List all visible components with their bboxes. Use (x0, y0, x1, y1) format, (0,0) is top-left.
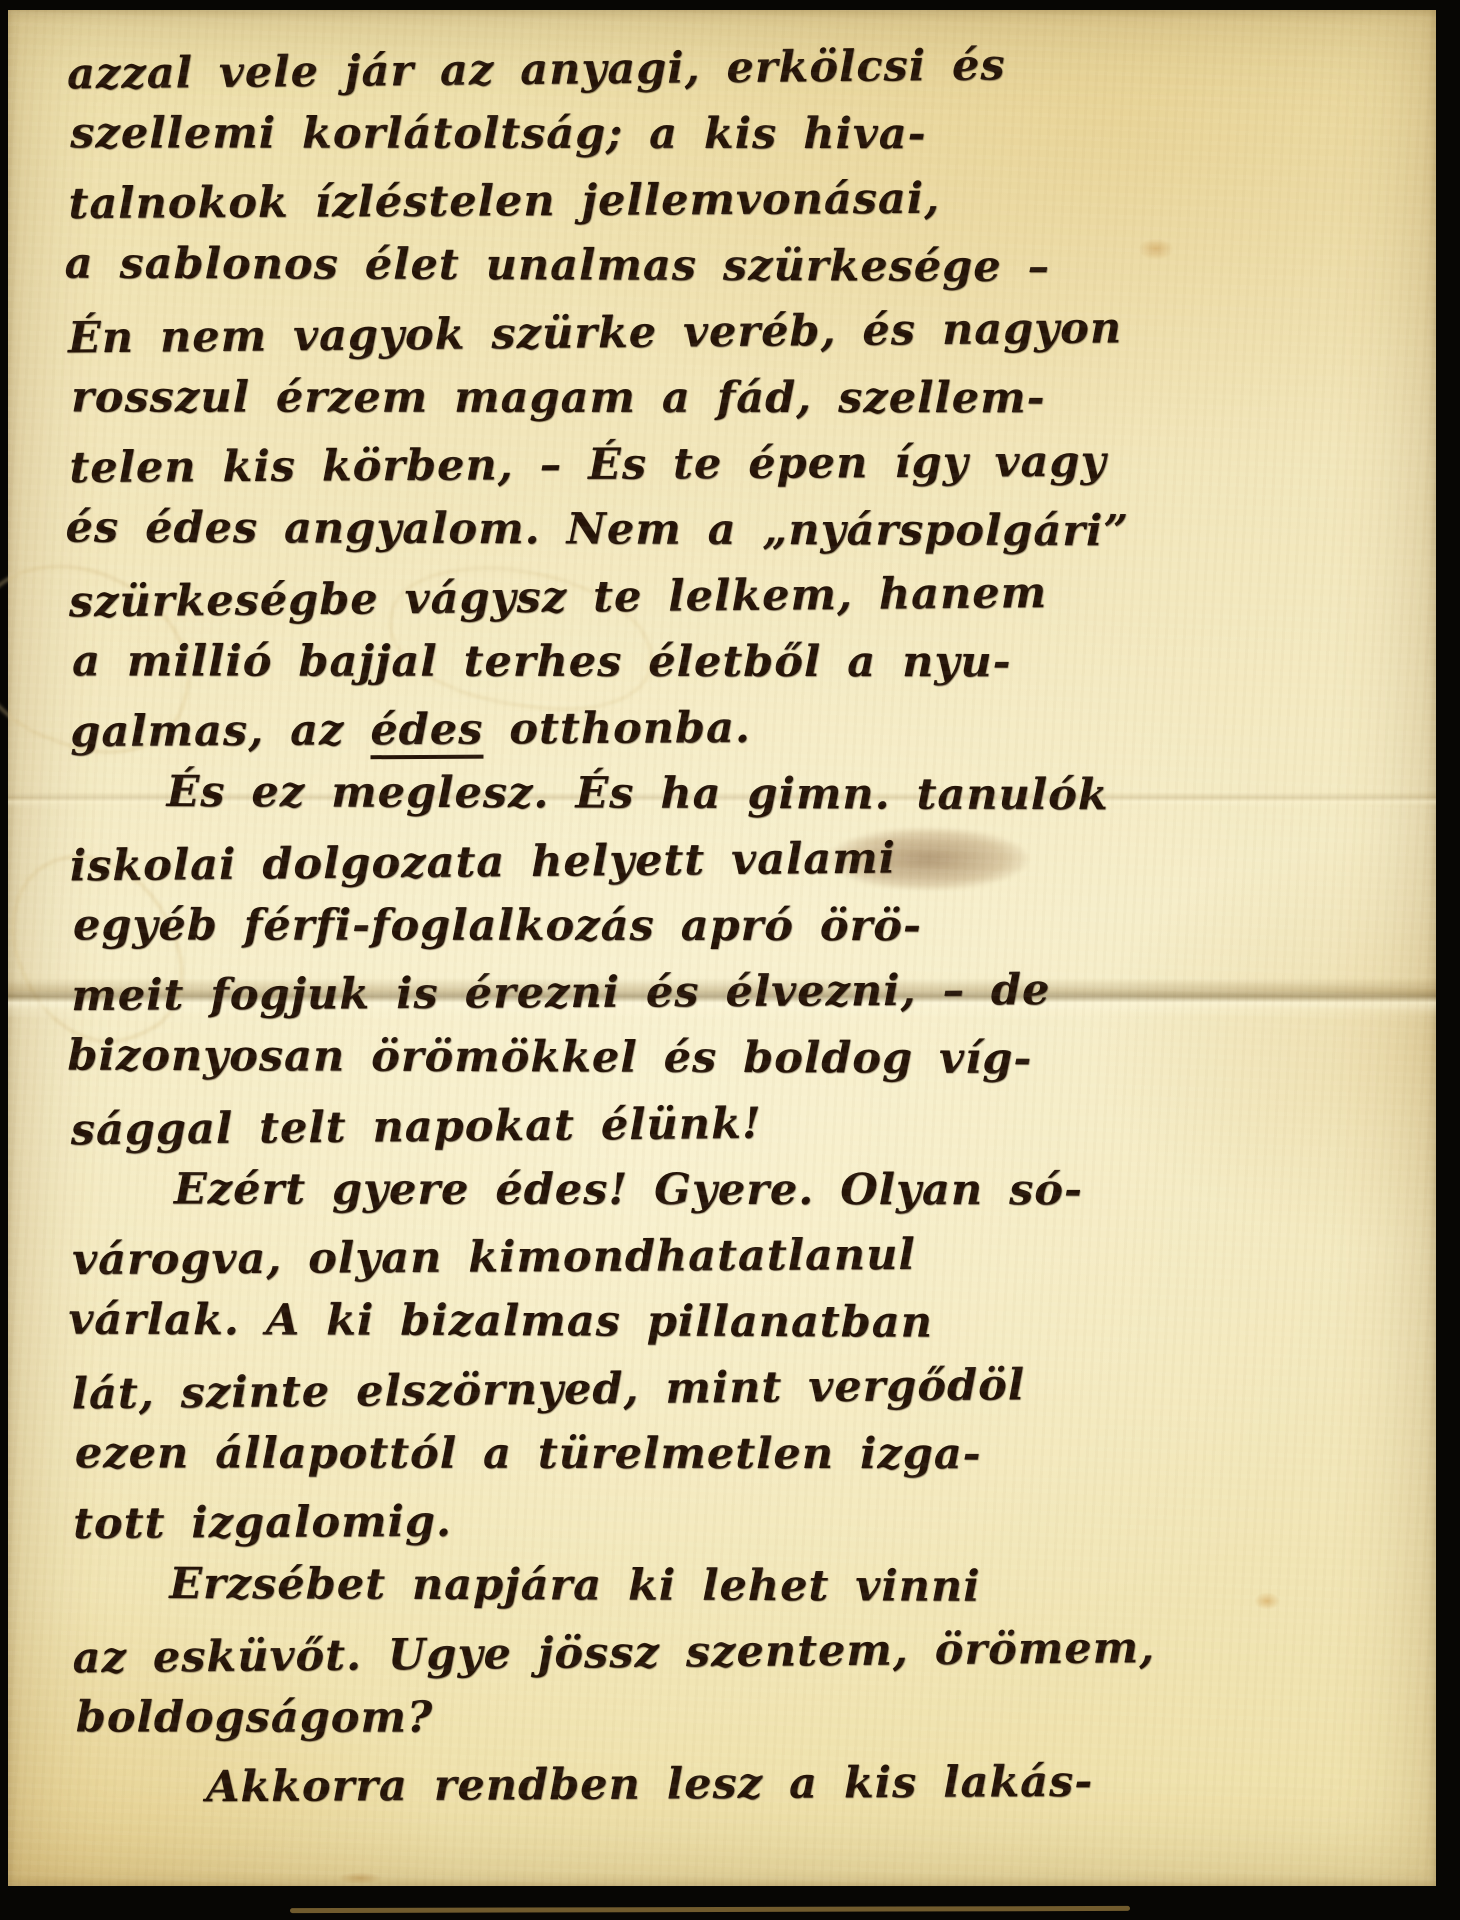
handwriting-line: várogva, olyan kimondhatatlanul (72, 1216, 1412, 1290)
handwriting-line: talnokok ízléstelen jellemvonásai, (68, 160, 1408, 234)
handwriting-line: Akkorra rendben lesz a kis lakás- (74, 1744, 1414, 1818)
handwriting-line: lát, szinte elszörnyed, mint vergődöl (71, 1346, 1412, 1425)
handwriting-line: iskolai dolgozata helyett valami (69, 818, 1410, 897)
handwriting-line: szürkeségbe vágysz te lelkem, hanem (69, 554, 1410, 633)
handwriting-line: boldogságom? (76, 1681, 1416, 1748)
age-spot (338, 1872, 382, 1884)
handwriting-line: És ez meglesz. És ha gimn. tanulók (66, 756, 1406, 827)
handwriting-line: galmas, az édes otthonba. (70, 688, 1410, 762)
handwriting-line: azzal vele jár az anyagi, erkölcsi és (67, 26, 1408, 105)
handwriting-line: meit fogjuk is érezni és élvezni, – de (71, 952, 1411, 1026)
handwriting-line: telen kis körben, – És te épen így vagy (69, 424, 1409, 498)
handwriting-line: rosszul érzem magam a fád, szellem- (71, 361, 1411, 428)
handwriting-line: és édes angyalom. Nem a „nyárspolgári” (66, 492, 1406, 563)
page-edge-sliver (290, 1906, 1130, 1913)
handwriting-line: ezen állapottól a türelmetlen izga- (75, 1417, 1415, 1484)
letter-page: azzal vele jár az anyagi, erkölcsi éssze… (8, 10, 1436, 1886)
handwriting-line: bizonyosan örömökkel és boldog víg- (67, 1020, 1407, 1091)
letter-body: azzal vele jár az anyagi, erkölcsi éssze… (67, 30, 1413, 1817)
handwriting-line: várlak. A ki bizalmas pillanatban (68, 1284, 1408, 1355)
handwriting-line: sággal telt napokat élünk! (70, 1082, 1411, 1161)
scan-background: azzal vele jár az anyagi, erkölcsi éssze… (0, 0, 1460, 1920)
handwriting-line: az esküvőt. Ugye jössz szentem, örömem, (72, 1610, 1413, 1689)
handwriting-line: Ezért gyere édes! Gyere. Olyan só- (74, 1153, 1414, 1220)
underlined-word: édes (370, 705, 483, 760)
handwriting-line: szellemi korlátoltság; a kis hiva- (70, 97, 1410, 164)
handwriting-line: a millió bajjal terhes életből a nyu- (72, 625, 1412, 692)
handwriting-line: tott izgalomig. (73, 1480, 1413, 1554)
handwriting-line: Erzsébet napjára ki lehet vinni (69, 1548, 1409, 1619)
handwriting-line: Én nem vagyok szürke veréb, és nagyon (68, 290, 1409, 369)
handwriting-line: a sablonos élet unalmas szürkesége – (65, 228, 1405, 299)
handwriting-line: egyéb férfi-foglalkozás apró örö- (73, 889, 1413, 956)
